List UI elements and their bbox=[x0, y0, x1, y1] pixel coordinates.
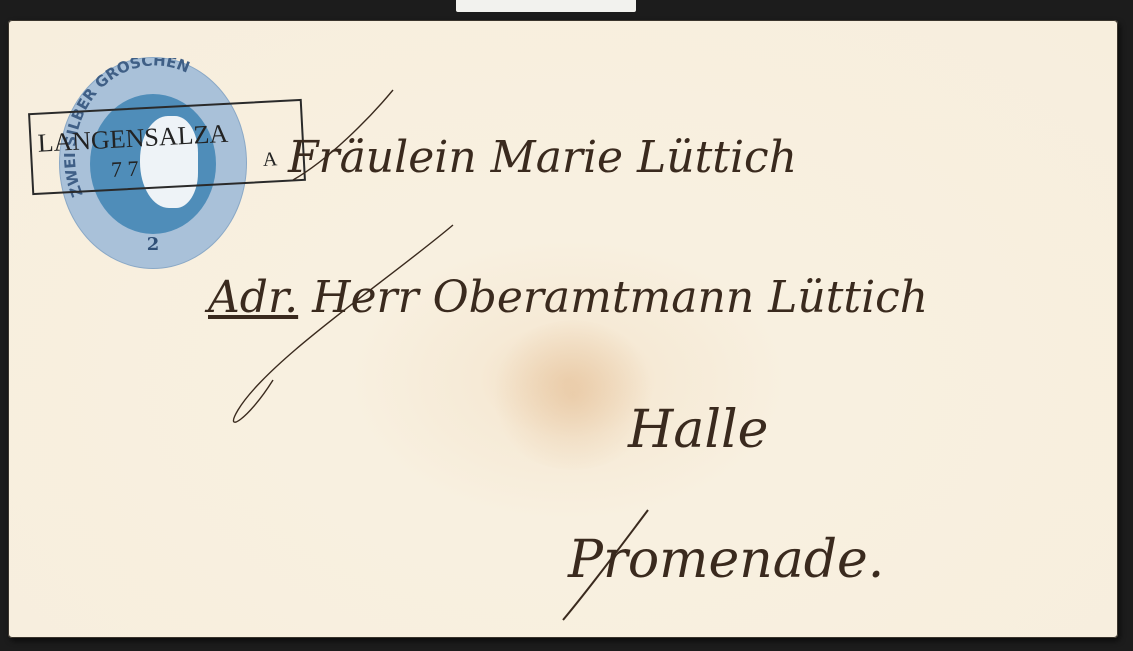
mount-label bbox=[456, 0, 636, 12]
envelope: ZWEI SILBER GROSCHEN 2 LANGENSALZA 7 7 A… bbox=[8, 20, 1118, 638]
handwriting-flourishes bbox=[8, 20, 1118, 638]
